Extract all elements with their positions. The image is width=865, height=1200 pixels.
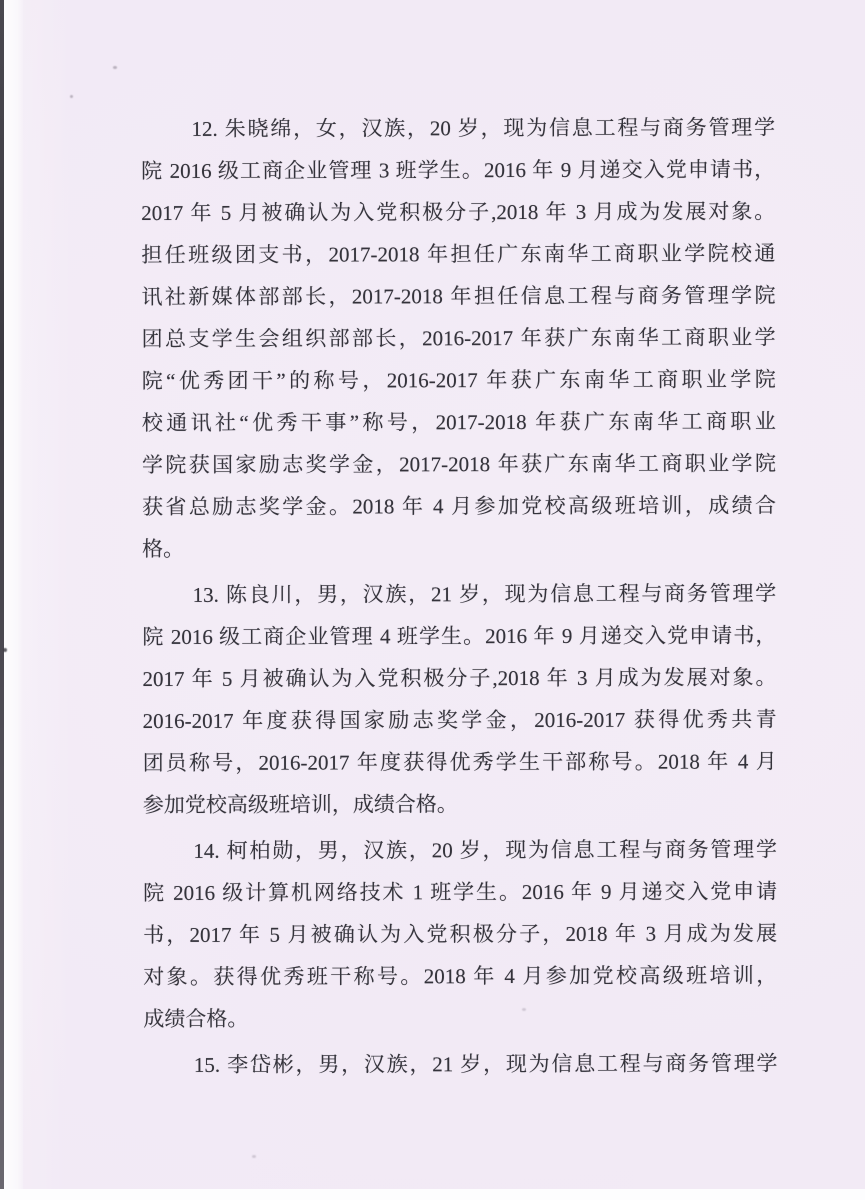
paper-bottom-strip [0,1189,865,1200]
document-line: 14. 柯柏勋，男，汉族，20 岁，现为信息工程与商务管理学 [143,828,777,872]
paragraph-student-14: 14. 柯柏勋，男，汉族，20 岁，现为信息工程与商务管理学院 2016 级计算… [143,828,778,1040]
document-line: 2017 年 5 月被确认为入党积极分子,2018 年 3 月成为发展对象。 [141,190,775,234]
paragraph-student-13: 13. 陈良川，男，汉族，21 岁，现为信息工程与商务管理学院 2016 级工商… [142,572,777,826]
scanned-page: 12. 朱晓绵，女，汉族，20 岁，现为信息工程与商务管理学院 2016 级工商… [0,0,865,1200]
scan-speck [252,1155,256,1158]
document-line: 13. 陈良川，男，汉族，21 岁，现为信息工程与商务管理学 [142,572,776,616]
document-line: 担任班级团支书，2017-2018 年担任广东南华工商职业学院校通 [141,232,775,276]
paper-left-margin-strip [4,0,23,1200]
document-line: 团总支学生会组织部部长，2016-2017 年获广东南华工商职业学 [142,316,776,360]
document-line: 15. 李岱彬，男，汉族，21 岁，现为信息工程与商务管理学 [143,1042,777,1086]
scan-speck [113,66,117,69]
document-line: 12. 朱晓绵，女，汉族，20 岁，现为信息工程与商务管理学 [141,106,775,150]
document-line: 2017 年 5 月被确认为入党积极分子,2018 年 3 月成为发展对象。 [142,656,776,700]
document-line: 获省总励志奖学金。2018 年 4 月参加党校高级班培训，成绩合 [142,484,776,528]
document-line: 院 2016 级工商企业管理 4 班学生。2016 年 9 月递交入党申请书， [142,614,776,658]
document-line: 院 2016 级工商企业管理 3 班学生。2016 年 9 月递交入党申请书， [141,148,775,192]
scan-speck [522,1008,526,1011]
document-line: 院“优秀团干”的称号，2016-2017 年获广东南华工商职业学院 [142,358,776,402]
document-line: 2016-2017 年度获得国家励志奖学金，2016-2017 获得优秀共青 [143,698,777,742]
document-line: 格。 [142,526,776,570]
document-line: 讯社新媒体部部长，2017-2018 年担任信息工程与商务管理学院 [141,274,775,318]
document-line: 院 2016 级计算机网络技术 1 班学生。2016 年 9 月递交入党申请 [143,870,777,914]
scan-speck [70,95,73,98]
document-line: 校通讯社“优秀干事”称号，2017-2018 年获广东南华工商职业 [142,400,776,444]
document-line: 对象。获得优秀班干称号。2018 年 4 月参加党校高级班培训， [143,954,777,998]
document-line: 书，2017 年 5 月被确认为入党积极分子，2018 年 3 月成为发展 [143,912,777,956]
scan-speck [3,648,7,652]
document-body: 12. 朱晓绵，女，汉族，20 岁，现为信息工程与商务管理学院 2016 级工商… [141,106,778,1086]
document-line: 参加党校高级班培训，成绩合格。 [143,782,777,826]
document-line: 团员称号，2016-2017 年度获得优秀学生干部称号。2018 年 4 月 [143,740,777,784]
paragraph-student-12: 12. 朱晓绵，女，汉族，20 岁，现为信息工程与商务管理学院 2016 级工商… [141,106,776,570]
paragraph-student-15: 15. 李岱彬，男，汉族，21 岁，现为信息工程与商务管理学 [143,1042,777,1086]
document-line: 成绩合格。 [143,996,777,1040]
document-line: 学院获国家励志奖学金，2017-2018 年获广东南华工商职业学院 [142,442,776,486]
